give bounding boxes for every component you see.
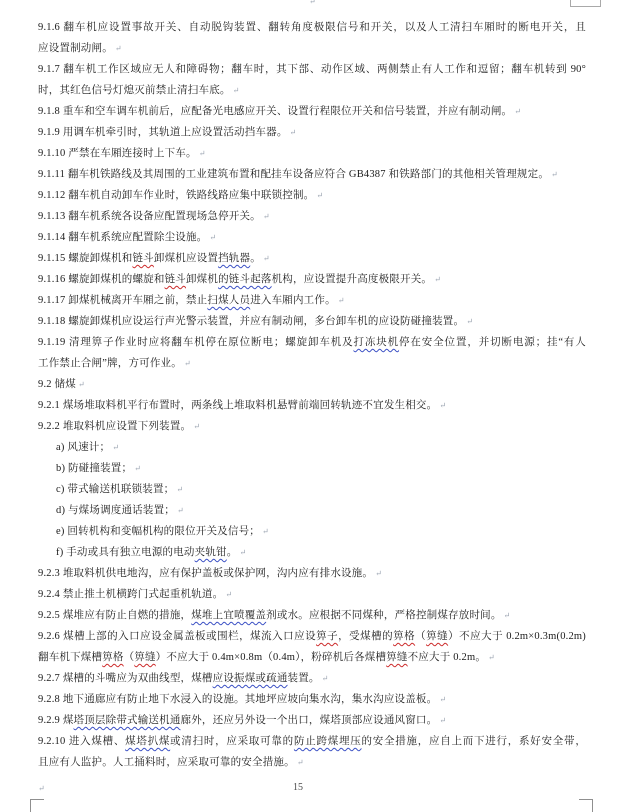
text-run: 停在安全位置，并切断电源；挂“有人 (399, 337, 586, 348)
paragraph-line: 9.1.16 螺旋卸煤机的螺旋和链斗卸煤机的链斗起落机构，应设置提升高度极限开关… (38, 269, 586, 290)
paragraph-mark-icon: ↵ (239, 548, 246, 557)
text-run: 的安全措施，应自上而下进行，系好安全带， (361, 736, 586, 747)
text-run: 9.1.10 严禁在车厢连接时上下车。 (38, 148, 197, 159)
text-run: 卸煤机应设置 (154, 253, 218, 264)
paragraph-line: 9.2.10 进入煤槽、煤塔扒煤或清扫时，应采取可靠的防止跨煤埋压的安全措施，应… (38, 731, 586, 752)
paragraph-mark-icon: ↵ (176, 485, 183, 494)
paragraph-mark-icon: ↵ (184, 359, 191, 368)
paragraph-line: 9.1.7 翻车机工作区域应无人和障碍物；翻车时，其下部、动作区域、两侧禁止有人… (38, 59, 586, 80)
paragraph-line: c) 带式输送机联锁装置；↵ (38, 479, 586, 500)
paragraph-mark-icon: ↵ (78, 380, 85, 389)
paragraph-mark-icon: ↵ (504, 611, 511, 620)
paragraph-mark-icon: ↵ (439, 401, 446, 410)
text-run: 9.2.10 进入煤槽、 (38, 736, 125, 747)
paragraph-line: 9.1.9 用调车机牵引时，其轨道上应设置活动挡车器。↵ (38, 122, 586, 143)
text-boundary-mark-bottom-right (579, 799, 593, 812)
paragraph-mark-icon: ↵ (322, 674, 329, 683)
text-run: 剂或水。应根据不同煤种，严格控制煤存放时间。 (266, 610, 501, 621)
paragraph-line: 9.2.4 禁止推土机横跨门式起重机轨道。↵ (38, 584, 586, 605)
misspelled-text: 扫煤人员 (207, 295, 250, 306)
misspelled-text: 挡轨器 (218, 253, 250, 264)
text-run: 装置。 (288, 673, 320, 684)
paragraph-mark-icon: ↵ (263, 212, 270, 221)
text-run: b) 防碰撞装置； (56, 463, 132, 474)
text-run: 9.2.1 煤场堆取料机平行布置时，两条线上堆取料机悬臂前端回转轨迹不宜发生相交… (38, 400, 437, 411)
text-run: 9.1.19 清理箅子作业时应将翻车机停在原位断电；螺旋卸车机及 (38, 337, 354, 348)
text-run: 9.1.18 螺旋卸煤机应设运行声光警示装置，并应有制动闸，多台卸车机的应设防碰… (38, 316, 464, 327)
text-run: （ (415, 631, 426, 642)
text-run: 。 (250, 253, 261, 264)
text-run: 9.1.8 重车和空车调车机前后，应配备光电感应开关、设置行程限位开关和信号装置… (38, 106, 512, 117)
text-run: 9.2.8 地下通廊应有防止地下水浸入的设施。其地坪应坡向集水沟，集水沟应设盖板… (38, 694, 437, 705)
text-boundary-mark-bottom-left (30, 799, 44, 812)
paragraph-line: 9.1.10 严禁在车厢连接时上下车。↵ (38, 143, 586, 164)
document-content: 9.1.6 翻车机应设置事故开关、自动脱钩装置、翻转角度极限信号和开关，以及人工… (38, 17, 586, 773)
text-run: 机构，应设置提升高度极限开关。 (272, 274, 433, 285)
text-run: 工作禁止合闸”牌，方可作业。 (38, 358, 182, 369)
paragraph-line: 9.1.8 重车和空车调车机前后，应配备光电感应开关、设置行程限位开关和信号装置… (38, 101, 586, 122)
paragraph-mark-icon: ↵ (316, 191, 323, 200)
paragraph-mark-icon: ↵ (290, 128, 297, 137)
misspelled-text: 箅缝 (134, 652, 155, 663)
paragraph-line: 9.1.13 翻车机系统各设备应配置现场急停开关。↵ (38, 206, 586, 227)
text-run: 9.2.9 煤 (38, 715, 74, 726)
header-frame-fragment (570, 0, 601, 7)
text-run: 进入车厢内工作。 (250, 295, 336, 306)
paragraph-line: 且应有人监护。人工捅料时，应采取可靠的安全措施。↵ (38, 752, 586, 773)
paragraph-line: d) 与煤场调度通话装置；↵ (38, 500, 586, 521)
text-run: 9.1.14 翻车机系统应配置除尘设施。 (38, 232, 207, 243)
misspelled-text: 煤堆上宜喷覆盖 (191, 610, 266, 621)
text-run: 9.2.6 煤槽上部的入口应设金属盖板或围栏，煤流入口应设 (38, 631, 316, 642)
text-run: 不应大于 0.2m。 (408, 652, 486, 663)
text-run: 或清扫时，应采取可靠的 (170, 736, 294, 747)
text-run: ，受煤槽的 (338, 631, 393, 642)
paragraph-mark-icon: ↵ (434, 275, 441, 284)
paragraph-line: 时，其红色信号灯熄灭前禁止清扫车底。↵ (38, 80, 586, 101)
header-paragraph-mark-icon: ↵ (309, 0, 316, 6)
text-run: 9.1.9 用调车机牵引时，其轨道上应设置活动挡车器。 (38, 127, 288, 138)
paragraph-line: 9.2.7 煤槽的斗嘴应为双曲线型，煤槽应设振煤或疏通装置。↵ (38, 668, 586, 689)
paragraph-mark-icon: ↵ (134, 464, 141, 473)
paragraph-mark-icon: ↵ (488, 653, 495, 662)
misspelled-text: 箅子 (316, 631, 338, 642)
text-run: 9.2.5 煤堆应有防止自燃的措施， (38, 610, 191, 621)
paragraph-mark-icon: ↵ (199, 149, 206, 158)
paragraph-line: 9.2.2 堆取料机应设置下列装置。↵ (38, 416, 586, 437)
misspelled-text: 防止跨煤埋压 (294, 736, 362, 747)
paragraph-line: 9.1.18 螺旋卸煤机应设运行声光警示装置，并应有制动闸，多台卸车机的应设防碰… (38, 311, 586, 332)
paragraph-mark-icon: ↵ (375, 569, 382, 578)
footer: ↵ 15 (38, 777, 586, 798)
text-run: 应设置制动闸。 (38, 43, 113, 54)
paragraph-mark-icon: ↵ (225, 590, 232, 599)
paragraph-mark-icon: ↵ (263, 254, 270, 263)
text-run: 廊外，还应另外设一个出口，煤塔顶部应设通风窗口。 (181, 715, 438, 726)
text-run: 9.1.13 翻车机系统各设备应配置现场急停开关。 (38, 211, 261, 222)
text-run: 9.2.3 堆取料机供电地沟，应有保护盖板或保护网，沟内应有排水设施。 (38, 568, 373, 579)
text-run: 翻车机下煤槽 (38, 652, 102, 663)
paragraph-mark-icon: ↵ (297, 758, 304, 767)
text-run: f) 手动或具有独立电源的电动 (56, 547, 195, 558)
misspelled-text: 箅缝 (426, 631, 448, 642)
paragraph-line: e) 回转机构和变幅机构的限位开关及信号；↵ (38, 521, 586, 542)
text-run: 9.1.12 翻车机自动卸车作业时，铁路线路应集中联锁控制。 (38, 190, 314, 201)
paragraph-line: 9.2 储煤↵ (38, 374, 586, 395)
paragraph-mark-icon: ↵ (112, 443, 119, 452)
paragraph-line: f) 手动或具有独立电源的电动夹轨钳。↵ (38, 542, 586, 563)
paragraph-line: 9.2.3 堆取料机供电地沟，应有保护盖板或保护网，沟内应有排水设施。↵ (38, 563, 586, 584)
paragraph-line: a) 风速计；↵ (38, 437, 586, 458)
text-run: 9.1.16 螺旋卸煤机的螺旋和 (38, 274, 165, 285)
paragraph-line: 9.2.5 煤堆应有防止自燃的措施，煤堆上宜喷覆盖剂或水。应根据不同煤种，严格控… (38, 605, 586, 626)
text-run: 时，其红色信号灯熄灭前禁止清扫车底。 (38, 85, 231, 96)
misspelled-text: 箅缝 (386, 652, 407, 663)
paragraph-line: 9.2.8 地下通廊应有防止地下水浸入的设施。其地坪应坡向集水沟，集水沟应设盖板… (38, 689, 586, 710)
text-run: 9.1.7 翻车机工作区域应无人和障碍物；翻车时，其下部、动作区域、两侧禁止有人… (38, 64, 586, 75)
text-run: c) 带式输送机联锁装置； (56, 484, 174, 495)
text-run: 9.1.15 螺旋卸煤机和 (38, 253, 132, 264)
paragraph-mark-icon: ↵ (262, 527, 269, 536)
paragraph-mark-icon: ↵ (193, 422, 200, 431)
paragraph-line: 应设置制动闸。↵ (38, 38, 586, 59)
paragraph-line: 9.1.19 清理箅子作业时应将翻车机停在原位断电；螺旋卸车机及打冻块机停在安全… (38, 332, 586, 353)
paragraph-mark-icon: ↵ (233, 86, 240, 95)
text-run: （ (124, 652, 135, 663)
text-run: 。 (227, 547, 238, 558)
paragraph-mark-icon: ↵ (209, 233, 216, 242)
misspelled-text: 箅格 (393, 631, 415, 642)
misspelled-text: 应设振煤或疏通 (213, 673, 288, 684)
paragraph-mark-icon: ↵ (115, 44, 122, 53)
page-number: 15 (38, 777, 558, 798)
paragraph-mark-icon: ↵ (439, 716, 446, 725)
paragraph-line: 9.2.1 煤场堆取料机平行布置时，两条线上堆取料机悬臂前端回转轨迹不宜发生相交… (38, 395, 586, 416)
text-run: ）不应大于 0.4m×0.8m（0.4m），粉碎机后各煤槽 (156, 652, 386, 663)
misspelled-text: 箅格 (102, 652, 123, 663)
text-run: 且应有人监护。人工捅料时，应采取可靠的安全措施。 (38, 757, 295, 768)
paragraph-mark-icon: ↵ (466, 317, 473, 326)
paragraph-mark-icon: ↵ (177, 506, 184, 515)
paragraph-line: 9.2.9 煤塔顶层除带式输送机通廊外，还应另外设一个出口，煤塔顶部应设通风窗口… (38, 710, 586, 731)
paragraph-mark-icon: ↵ (439, 695, 446, 704)
misspelled-text: 打冻块机 (354, 337, 400, 348)
text-run: 9.2.2 堆取料机应设置下列装置。 (38, 421, 191, 432)
paragraph-line: 9.1.6 翻车机应设置事故开关、自动脱钩装置、翻转角度极限信号和开关，以及人工… (38, 17, 586, 38)
text-run: 9.1.11 翻车机铁路线及其周围的工业建筑布置和配挂车设备应符合 GB4387… (38, 169, 549, 180)
text-run: 9.2.4 禁止推土机横跨门式起重机轨道。 (38, 589, 223, 600)
text-run: 9.1.17 卸煤机械离开车厢之前，禁止 (38, 295, 207, 306)
misspelled-text: 链斗 (165, 274, 186, 285)
misspelled-text: 塔顶层除带式输送机通 (74, 715, 181, 726)
paragraph-line: b) 防碰撞装置；↵ (38, 458, 586, 479)
paragraph-line: 9.1.12 翻车机自动卸车作业时，铁路线路应集中联锁控制。↵ (38, 185, 586, 206)
text-run: 9.1.6 翻车机应设置事故开关、自动脱钩装置、翻转角度极限信号和开关，以及人工… (38, 22, 586, 33)
text-run: 9.2.7 煤槽的斗嘴应为双曲线型，煤槽 (38, 673, 213, 684)
misspelled-text: 的链斗起落 (218, 274, 272, 285)
paragraph-line: 9.1.15 螺旋卸煤机和链斗卸煤机应设置挡轨器。↵ (38, 248, 586, 269)
paragraph-line: 工作禁止合闸”牌，方可作业。↵ (38, 353, 586, 374)
paragraph-line: 9.1.11 翻车机铁路线及其周围的工业建筑布置和配挂车设备应符合 GB4387… (38, 164, 586, 185)
paragraph-line: 翻车机下煤槽箅格（箅缝）不应大于 0.4m×0.8m（0.4m），粉碎机后各煤槽… (38, 647, 586, 668)
document-page: ↵ 9.1.6 翻车机应设置事故开关、自动脱钩装置、翻转角度极限信号和开关，以及… (0, 0, 623, 812)
text-run: d) 与煤场调度通话装置； (56, 505, 175, 516)
paragraph-line: 9.1.17 卸煤机械离开车厢之前，禁止扫煤人员进入车厢内工作。↵ (38, 290, 586, 311)
misspelled-text: 煤塔扒煤 (125, 736, 170, 747)
text-run: 卸煤机 (186, 274, 218, 285)
text-run: ）不应大于 0.2m×0.3m(0.2m) (448, 631, 586, 642)
misspelled-text: 夹轨钳 (195, 547, 227, 558)
paragraph-line: 9.1.14 翻车机系统应配置除尘设施。↵ (38, 227, 586, 248)
text-run: a) 风速计； (56, 442, 110, 453)
text-run: 9.2 储煤 (38, 379, 76, 390)
misspelled-text: 链斗 (132, 253, 153, 264)
paragraph-mark-icon: ↵ (551, 170, 558, 179)
text-run: e) 回转机构和变幅机构的限位开关及信号； (56, 526, 260, 537)
paragraph-line: 9.2.6 煤槽上部的入口应设金属盖板或围栏，煤流入口应设箅子，受煤槽的箅格（箅… (38, 626, 586, 647)
paragraph-mark-icon: ↵ (514, 107, 521, 116)
paragraph-mark-icon: ↵ (338, 296, 345, 305)
